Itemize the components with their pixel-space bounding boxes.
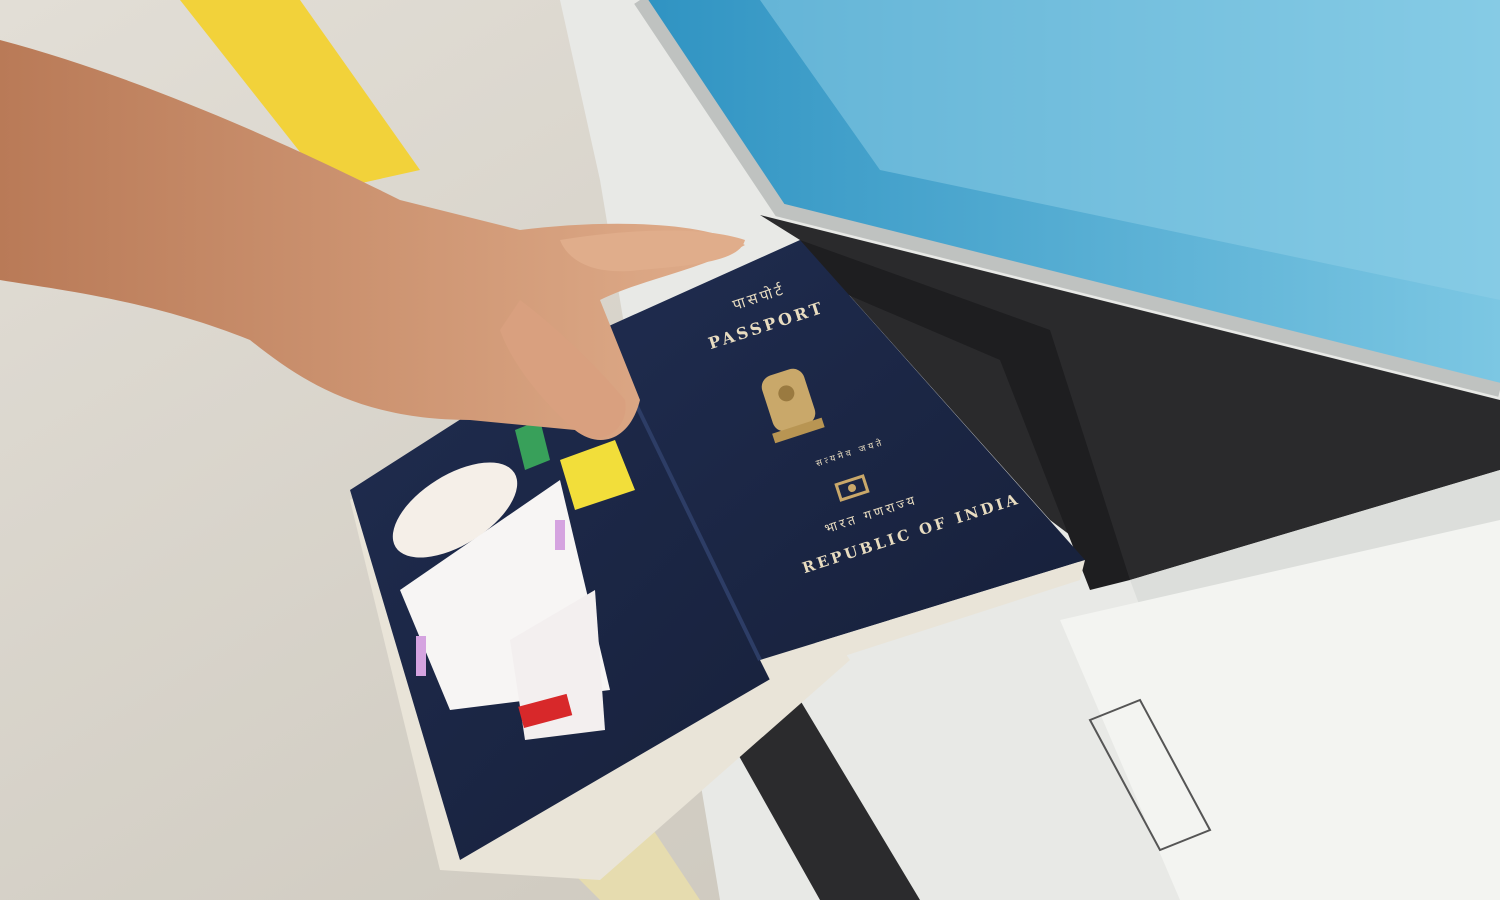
photo-scene: पासपोर्ट PASSPORT सत्यमेव जयते भारत गणरा… <box>0 0 1500 900</box>
scene-illustration <box>0 0 1500 900</box>
